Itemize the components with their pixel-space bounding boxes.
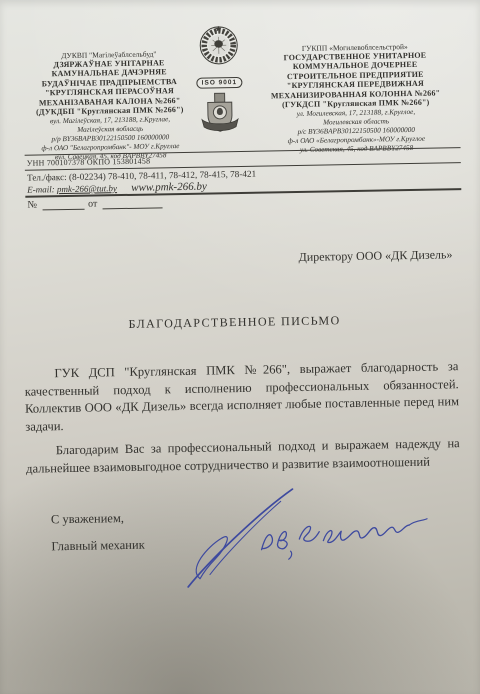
email-label: E-mail: xyxy=(27,184,55,194)
letterhead-left-org: ДУКВП "Магілеўаблсельбуд" ДЗЯРЖАЎНАЕ УНІ… xyxy=(23,49,197,162)
belarus-coat-of-arms-icon xyxy=(195,24,242,67)
email-address: pmk-266@tut.by xyxy=(57,183,117,194)
date-blank xyxy=(102,198,162,209)
letter-document: ДУКВП "Магілеўаблсельбуд" ДЗЯРЖАЎНАЕ УНІ… xyxy=(0,0,480,694)
signer-position: Главный механик xyxy=(51,538,145,555)
letter-body: ГУК ДСП "Круглянская ПМК №266", выражает… xyxy=(24,358,460,485)
number-blank xyxy=(42,200,84,211)
from-label: от xyxy=(88,198,97,209)
left-org-name: ДЗЯРЖАЎНАЕ УНІТАРНАЕ КАМУНАЛЬНАЕ ДАЧЭРНЯ… xyxy=(23,58,196,117)
letterhead-emblems: ISO 9001 xyxy=(192,24,246,146)
right-org-name: ГОСУДАРСТВЕННОЕ УНИТАРНОЕ КОММУНАЛЬНОЕ Д… xyxy=(251,50,460,110)
letter-photo: ДУКВП "Магілеўаблсельбуд" ДЗЯРЖАЎНАЕ УНІ… xyxy=(0,0,480,694)
letterhead-right-org: ГУКПП «Могилевоблсельстрой» ГОСУДАРСТВЕН… xyxy=(251,41,461,155)
body-paragraph-2: Благодарим Вас за профессиональный подхо… xyxy=(26,436,461,479)
letter-title: БЛАГОДАРСТВЕННОЕ ПИСЬМО xyxy=(0,311,470,334)
iso-9001-badge: ISO 9001 xyxy=(197,77,243,89)
number-label: № xyxy=(27,200,37,211)
reference-number-line: №от xyxy=(27,197,162,210)
recipient-line: Директору ООО «ДК Дизель» xyxy=(298,247,452,265)
closing-salutation: С уважением, xyxy=(51,511,124,527)
unn-okpo-line: УНН 700107378 ОКПО 153801458 xyxy=(27,157,151,168)
body-paragraph-1: ГУК ДСП "Круглянская ПМК №266", выражает… xyxy=(24,358,459,436)
handwritten-signature xyxy=(172,474,444,594)
builder-badge-icon xyxy=(194,92,247,146)
phone-fax-line: Тел./факс: (8-02234) 78-410, 78-411, 78-… xyxy=(27,169,256,183)
